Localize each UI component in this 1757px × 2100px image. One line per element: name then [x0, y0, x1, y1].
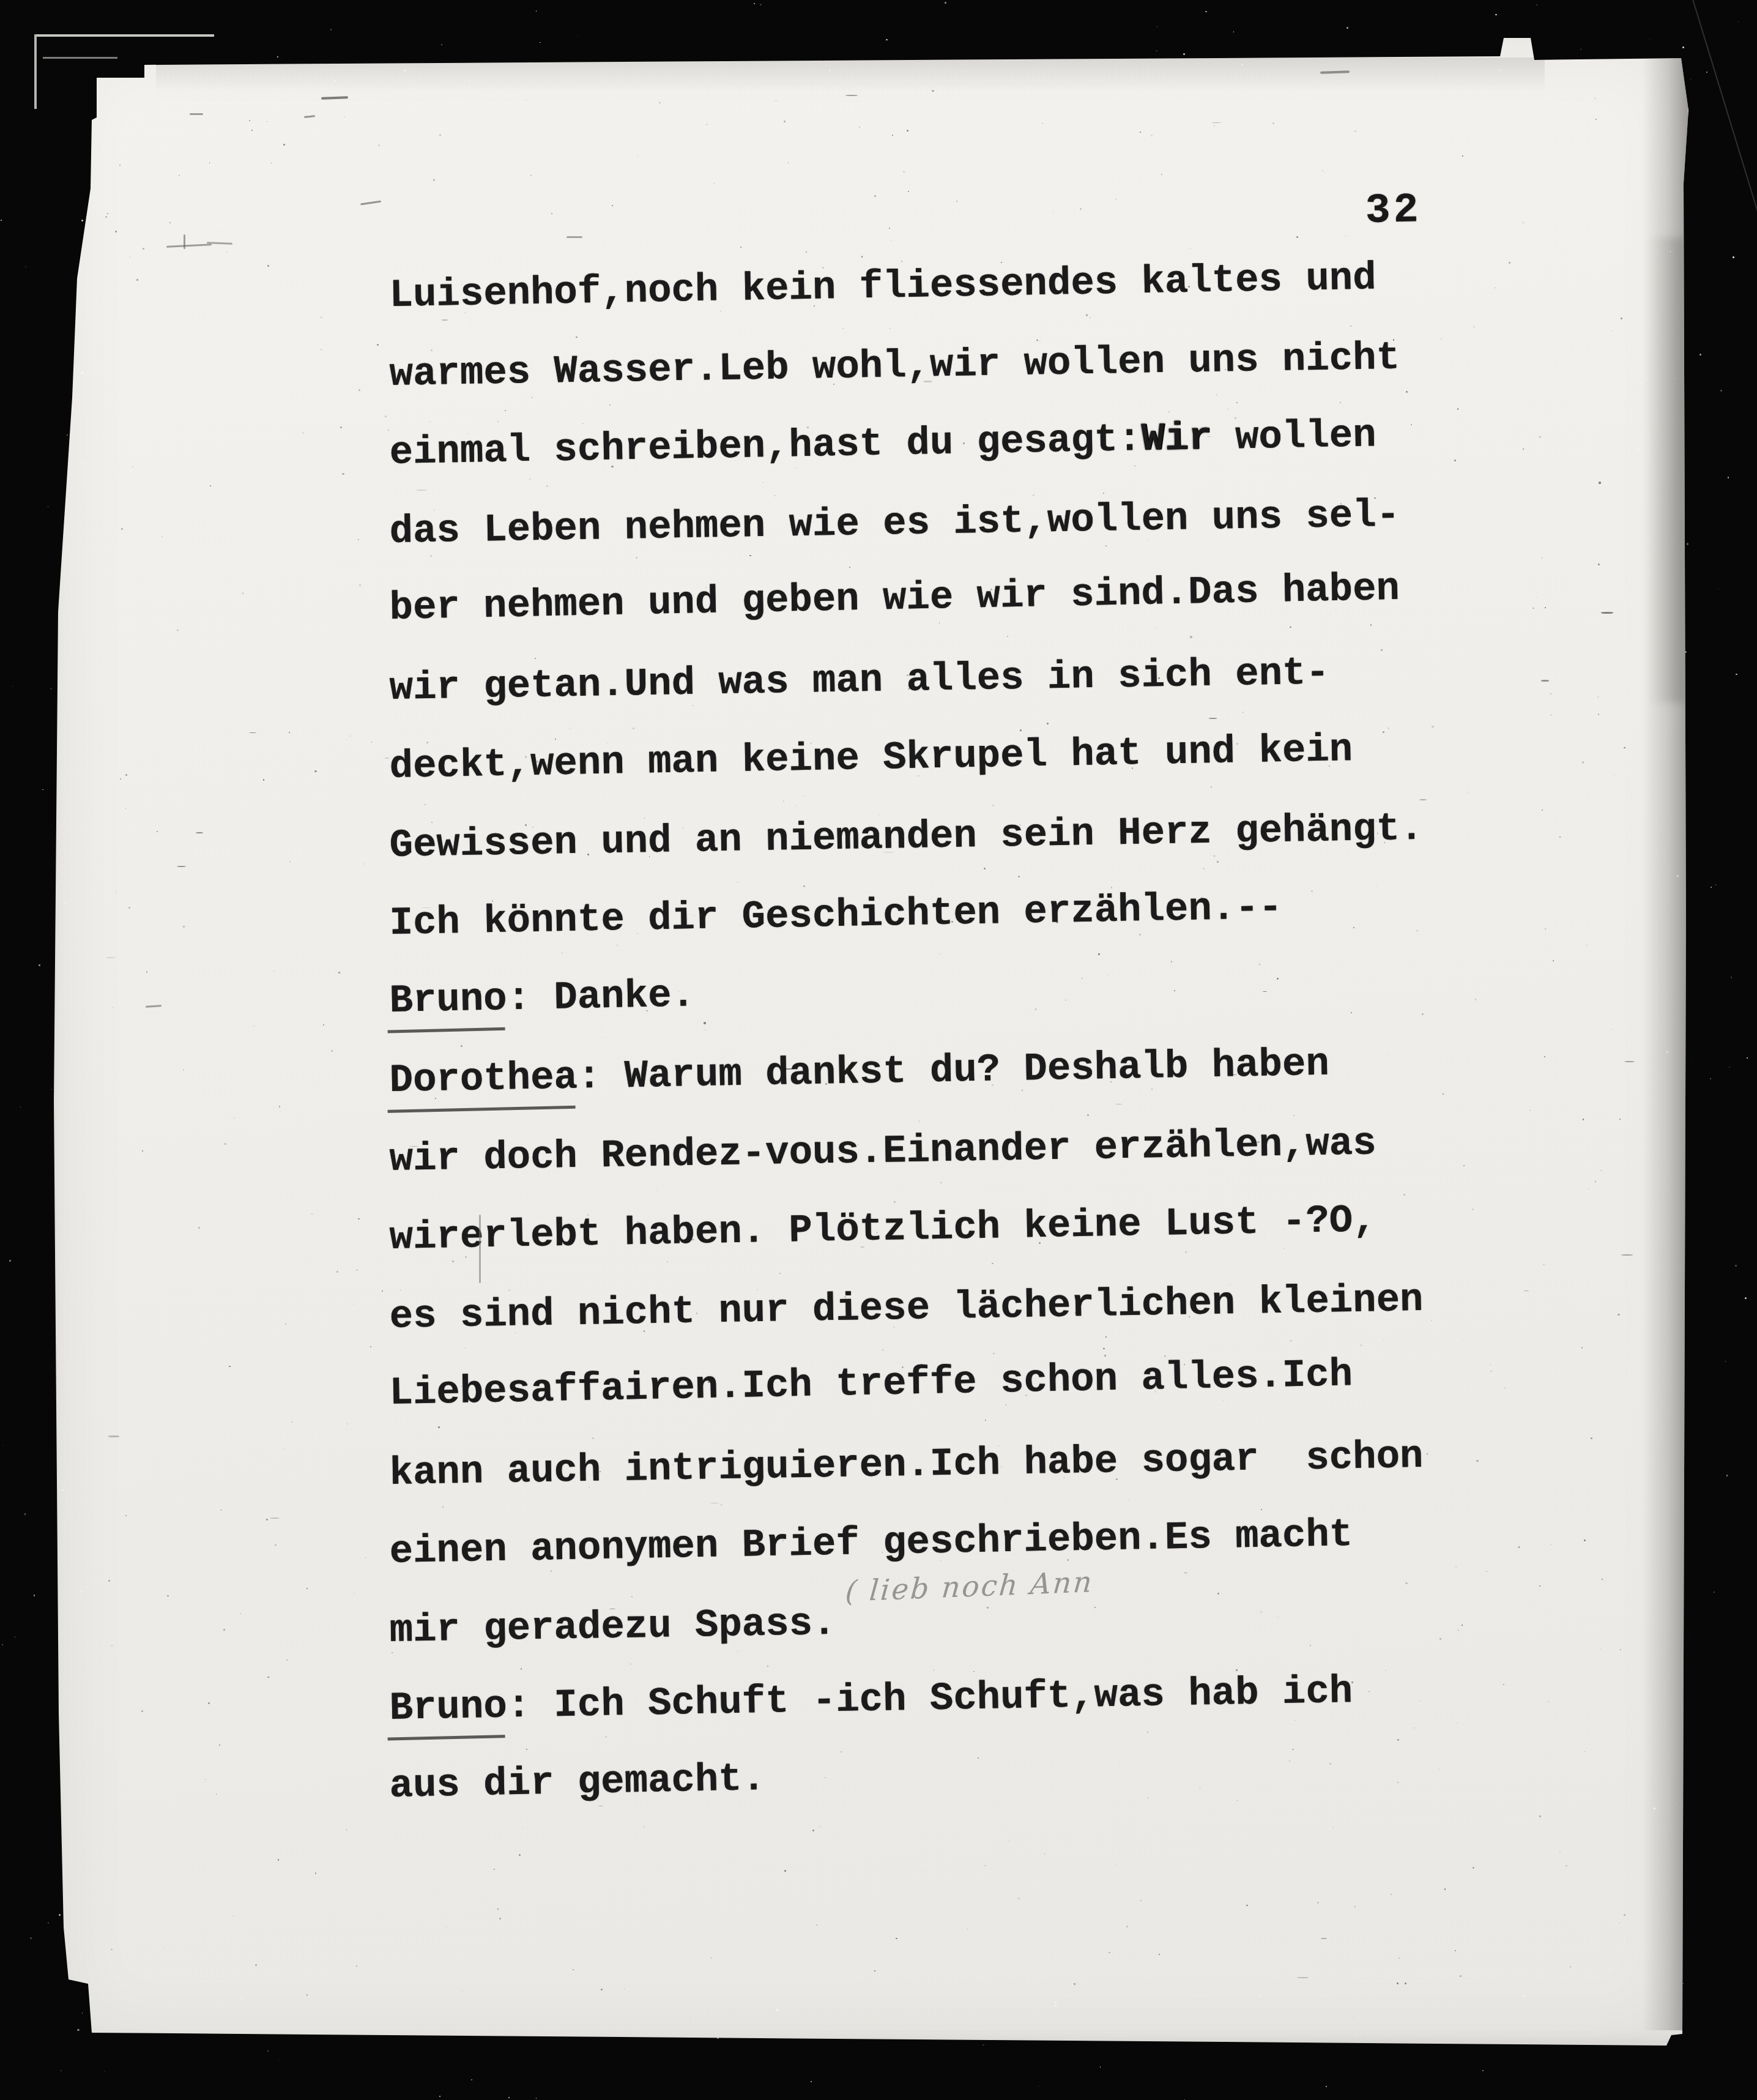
page-edge-shadow — [156, 58, 1545, 92]
text-segment: mir geradezu Spass. — [389, 1602, 836, 1653]
text-segment: Gewissen und an niemanden sein Herz gehä… — [389, 807, 1424, 868]
page-number: 32 — [1365, 187, 1422, 235]
text-segment: wirerlebt haben. Plötzlich keine Lust -?… — [389, 1199, 1376, 1260]
text-segment: Liebesaffairen.Ich treffe schon alles.Ic… — [389, 1353, 1353, 1416]
text-segment: wollen — [1211, 414, 1376, 461]
text-segment: aus dir gemacht. — [389, 1757, 766, 1809]
text-segment: einmal schreiben,hast du gesagt: — [389, 418, 1142, 475]
text-segment: wir getan.Und was man alles in sich ent- — [389, 652, 1329, 711]
speaker-name: Bruno — [389, 1685, 507, 1731]
speaker-name: Dorothea — [389, 1056, 578, 1103]
text-segment: es sind nicht nur diese lächerlichen kle… — [389, 1278, 1424, 1339]
stacked-page-edge — [35, 34, 214, 37]
underlying-page-edge — [144, 2039, 1655, 2050]
text-segment: Ich könnte dir Geschichten erzählen.-- — [389, 886, 1282, 946]
pencil-mark — [190, 113, 203, 115]
text-segment: : Warum dankst du? Deshalb haben — [577, 1043, 1329, 1100]
text-segment: Wir — [1141, 417, 1212, 462]
stacked-page-edge — [43, 57, 117, 59]
text-segment: das Leben nehmen wie es ist,wollen uns s… — [389, 494, 1400, 554]
text-segment: : Ich Schuft -ich Schuft,was hab ich — [507, 1670, 1353, 1729]
pencil-scribble — [184, 234, 185, 249]
pencil-mark — [566, 236, 582, 238]
film-scratch — [1690, 0, 1757, 266]
text-segment: Luisenhof,noch kein fliessendes kaltes u… — [389, 256, 1376, 318]
text-segment: kann auch intriguieren.Ich habe sogar sc… — [389, 1435, 1424, 1496]
text-segment: : Danke. — [507, 974, 696, 1021]
text-segment: warmes Wasser.Leb wohl,wir wollen uns ni… — [389, 337, 1400, 397]
text-segment: wir doch Rendez-vous.Einander erzählen,w… — [389, 1122, 1376, 1183]
text-segment: einen anonymen Brief geschrieben.Es mach… — [389, 1513, 1353, 1574]
pencil-stroke — [479, 1215, 481, 1283]
text-segment: deckt,wenn man keine Skrupel hat und kei… — [389, 728, 1353, 789]
stacked-page-edge — [34, 34, 37, 109]
page-edge-shadow — [1649, 237, 1685, 702]
film-scan-background: { "colors":{ "background":"#070707", "pa… — [0, 0, 1757, 2100]
text-segment: ber nehmen und geben wie wir sind.Das ha… — [389, 567, 1400, 631]
speaker-name: Bruno — [389, 977, 507, 1024]
